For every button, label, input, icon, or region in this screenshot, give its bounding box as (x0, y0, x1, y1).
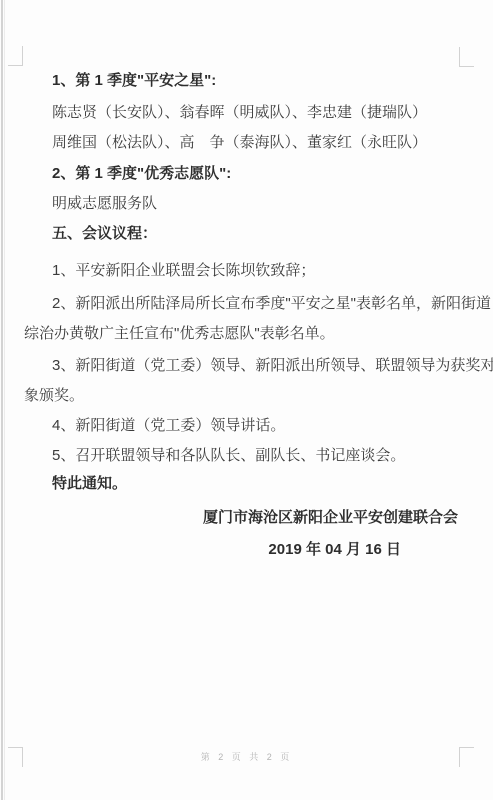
agenda-item-4: 4、新阳街道（党工委）领导讲话。 (24, 411, 470, 441)
page-number-footer: 第 2 页 共 2 页 (0, 750, 493, 763)
safety-star-names-line-2: 周维国（松法队）、高 争（泰海队）、董家红（永旺队） (24, 128, 470, 158)
agenda-item-1: 1、平安新阳企业联盟会长陈坝钦致辞； (24, 256, 470, 286)
page-edge-line (1, 0, 3, 800)
agenda-item-3-line-1: 3、新阳街道（党工委）领导、新阳派出所领导、联盟领导为获奖对 (24, 351, 470, 381)
agenda-item-3-line-2: 象颁奖。 (24, 381, 470, 411)
heading-agenda: 五、会议议程： (24, 219, 470, 249)
page-edge-line-faint (4, 0, 5, 800)
heading-q1-volunteer-team: 2、第 1 季度"优秀志愿队": (24, 159, 470, 189)
issuing-organization: 厦门市海沧区新阳企业平安创建联合会 (24, 503, 470, 533)
volunteer-team-name: 明威志愿服务队 (24, 189, 470, 219)
closing-notice: 特此通知。 (24, 469, 470, 499)
issue-date: 2019 年 04 月 16 日 (24, 535, 470, 565)
agenda-item-5: 5、召开联盟领导和各队队长、副队长、书记座谈会。 (24, 441, 470, 471)
safety-star-names-line-1: 陈志贤（长安队）、翁春晖（明威队）、李忠建（捷瑞队） (24, 98, 470, 128)
crop-mark-top-left-icon (8, 46, 23, 66)
agenda-item-2-line-1: 2、新阳派出所陆泽局所长宣布季度"平安之星"表彰名单，新阳街道 (24, 289, 470, 319)
heading-q1-safety-star: 1、第 1 季度"平安之星": (24, 66, 470, 96)
document-page: 1、第 1 季度"平安之星": 陈志贤（长安队）、翁春晖（明威队）、李忠建（捷瑞… (0, 0, 493, 800)
document-body: 1、第 1 季度"平安之星": 陈志贤（长安队）、翁春晖（明威队）、李忠建（捷瑞… (24, 0, 470, 565)
agenda-item-2-line-2: 综治办黄敬广主任宣布"优秀志愿队"表彰名单。 (24, 319, 470, 349)
